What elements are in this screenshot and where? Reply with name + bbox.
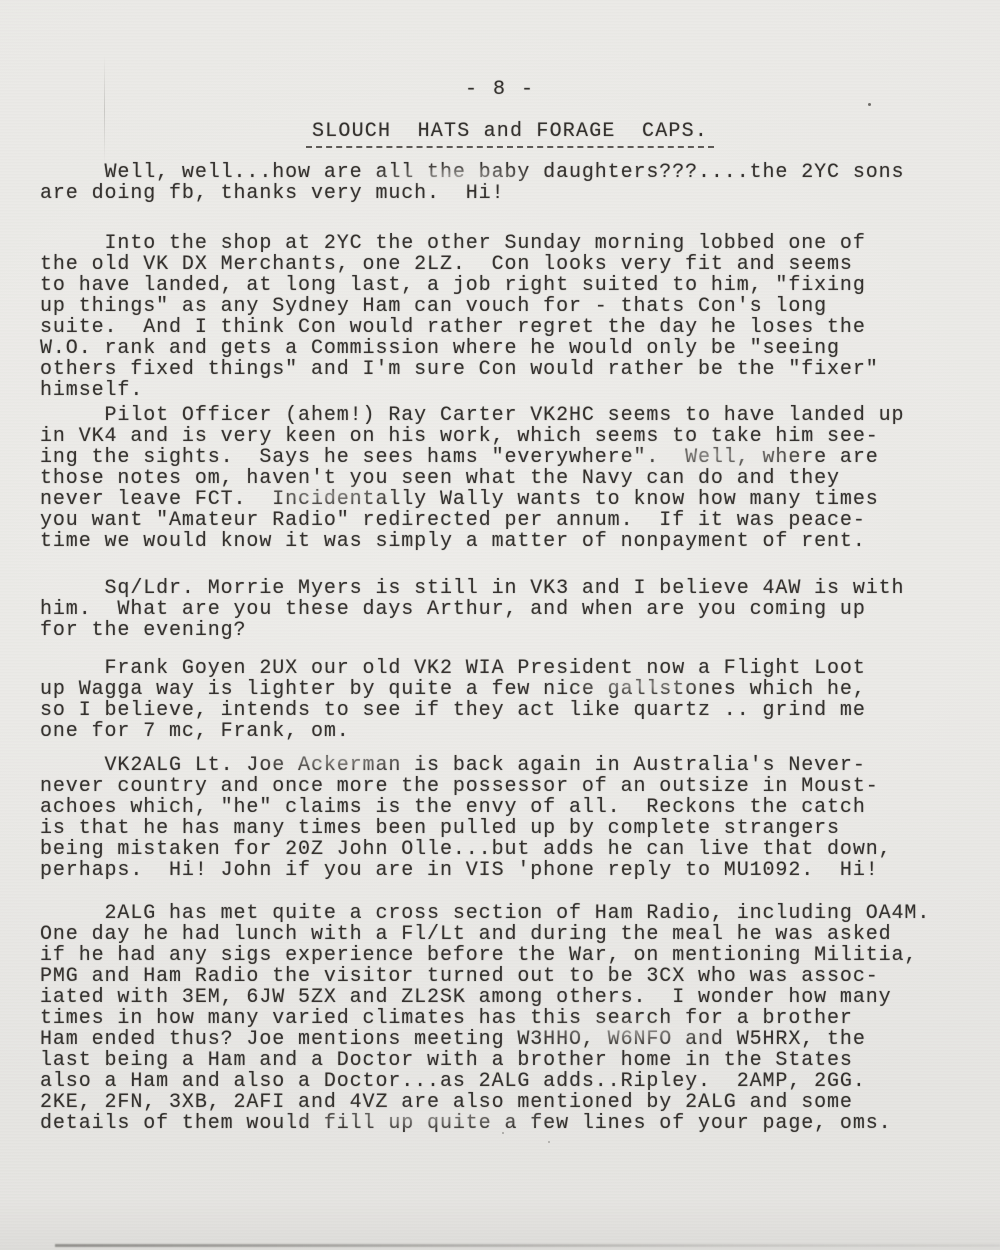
text-line: Pilot Officer (ahem!) Ray Carter VK2HC s…: [40, 405, 960, 426]
text-line: the old VK DX Merchants, one 2LZ. Con lo…: [40, 254, 960, 275]
text-line: details of them would fill up quite a fe…: [40, 1113, 960, 1134]
page-bottom-edge: [55, 1244, 1000, 1247]
text-line: up Wagga way is lighter by quite a few n…: [40, 679, 960, 700]
paragraph: Into the shop at 2YC the other Sunday mo…: [40, 233, 960, 401]
text-line: Frank Goyen 2UX our old VK2 WIA Presiden…: [40, 658, 960, 679]
paragraph: Well, well...how are all the baby daught…: [40, 162, 960, 204]
text-line: is that he has many times been pulled up…: [40, 818, 960, 839]
title-row: SLOUCH HATS and FORAGE CAPS.: [0, 120, 1000, 148]
text-line: perhaps. Hi! John if you are in VIS 'pho…: [40, 860, 960, 881]
text-line: suite. And I think Con would rather regr…: [40, 317, 960, 338]
paragraph: Frank Goyen 2UX our old VK2 WIA Presiden…: [40, 658, 960, 742]
text-line: are doing fb, thanks very much. Hi!: [40, 183, 960, 204]
text-line: for the evening?: [40, 620, 960, 641]
text-line: you want "Amateur Radio" redirected per …: [40, 510, 960, 531]
text-line: achoes which, "he" claims is the envy of…: [40, 797, 960, 818]
paragraph: 2ALG has met quite a cross section of Ha…: [40, 903, 960, 1134]
text-line: also a Ham and also a Doctor...as 2ALG a…: [40, 1071, 960, 1092]
scan-speck: [502, 1132, 504, 1134]
text-line: Sq/Ldr. Morrie Myers is still in VK3 and…: [40, 578, 960, 599]
text-line: time we would know it was simply a matte…: [40, 531, 960, 552]
text-line: so I believe, intends to see if they act…: [40, 700, 960, 721]
text-line: last being a Ham and a Doctor with a bro…: [40, 1050, 960, 1071]
text-line: W.O. rank and gets a Commission where he…: [40, 338, 960, 359]
text-line: Ham ended thus? Joe mentions meeting W3H…: [40, 1029, 960, 1050]
text-line: those notes om, haven't you seen what th…: [40, 468, 960, 489]
text-line: 2KE, 2FN, 3XB, 2AFI and 4VZ are also men…: [40, 1092, 960, 1113]
text-line: never leave FCT. Incidentally Wally want…: [40, 489, 960, 510]
document-body: Well, well...how are all the baby daught…: [40, 162, 960, 1134]
text-line: never country and once more the possesso…: [40, 776, 960, 797]
page-title: SLOUCH HATS and FORAGE CAPS.: [306, 120, 714, 148]
scanned-document-page: - 8 - SLOUCH HATS and FORAGE CAPS. Well,…: [0, 0, 1000, 1250]
text-line: being mistaken for 20Z John Olle...but a…: [40, 839, 960, 860]
text-line: to have landed, at long last, a job righ…: [40, 275, 960, 296]
text-line: in VK4 and is very keen on his work, whi…: [40, 426, 960, 447]
text-line: PMG and Ham Radio the visitor turned out…: [40, 966, 960, 987]
text-line: times in how many varied climates has th…: [40, 1008, 960, 1029]
text-line: ing the sights. Says he sees hams "every…: [40, 447, 960, 468]
text-line: iated with 3EM, 6JW 5ZX and ZL2SK among …: [40, 987, 960, 1008]
text-line: up things" as any Sydney Ham can vouch f…: [40, 296, 960, 317]
scan-speck: [548, 1141, 550, 1143]
paragraph: Pilot Officer (ahem!) Ray Carter VK2HC s…: [40, 405, 960, 552]
paper-crease: [104, 55, 105, 165]
page-number: - 8 -: [0, 78, 1000, 101]
text-line: Into the shop at 2YC the other Sunday mo…: [40, 233, 960, 254]
paragraph: VK2ALG Lt. Joe Ackerman is back again in…: [40, 755, 960, 881]
text-line: one for 7 mc, Frank, om.: [40, 721, 960, 742]
text-line: 2ALG has met quite a cross section of Ha…: [40, 903, 960, 924]
text-line: if he had any sigs experience before the…: [40, 945, 960, 966]
text-line: One day he had lunch with a Fl/Lt and du…: [40, 924, 960, 945]
text-line: himself.: [40, 380, 960, 401]
scan-speck: [868, 103, 871, 106]
text-line: Well, well...how are all the baby daught…: [40, 162, 960, 183]
text-line: him. What are you these days Arthur, and…: [40, 599, 960, 620]
paragraph: Sq/Ldr. Morrie Myers is still in VK3 and…: [40, 578, 960, 641]
text-line: VK2ALG Lt. Joe Ackerman is back again in…: [40, 755, 960, 776]
text-line: others fixed things" and I'm sure Con wo…: [40, 359, 960, 380]
